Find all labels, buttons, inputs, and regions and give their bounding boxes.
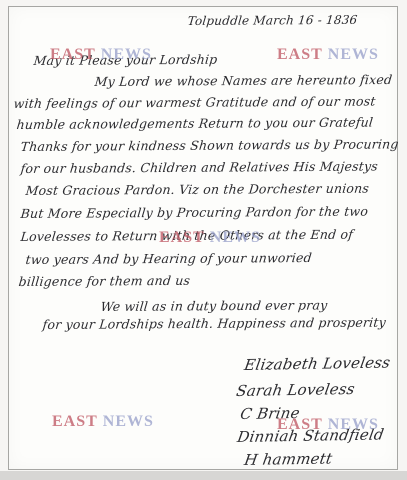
watermark-word-news: NEWS — [103, 413, 154, 430]
letter-paper: Tolpuddle March 16 - 1836 May it Please … — [8, 6, 398, 470]
scan-background: Tolpuddle March 16 - 1836 May it Please … — [0, 0, 407, 480]
letter-body-line: Most Gracious Pardon. Viz on the Dorches… — [25, 181, 370, 198]
letter-salutation: May it Please your Lordship — [33, 52, 218, 68]
signature-h-hammett: H hammett — [243, 449, 334, 469]
watermark-word-news: NEWS — [328, 46, 379, 63]
letter-body-line: Lovelesses to Return with the Others at … — [20, 227, 354, 244]
letter-body-line: billigence for them and us — [18, 273, 191, 289]
signature-sarah-loveless: Sarah Loveless — [235, 380, 356, 400]
signature-dinniah-standfield: Dinniah Standfield — [236, 425, 385, 446]
east-news-watermark: EASTNEWS — [277, 46, 379, 64]
letter-body-line: two years And by Hearing of your unworie… — [25, 250, 313, 267]
letter-body-line: My Lord we whose Names are hereunto fixe… — [94, 72, 393, 89]
signature-c-brine: C Brine — [239, 404, 301, 423]
letter-body-line: with feelings of our warmest Gratitude a… — [13, 93, 376, 111]
letter-body-line: But More Especially by Procuring Pardon … — [20, 204, 369, 221]
letter-closing-line: for your Lordships health. Happiness and… — [42, 315, 387, 332]
scan-edge-shadow — [0, 471, 407, 480]
watermark-word-east: EAST — [52, 413, 98, 430]
letter-body-line: Thanks for your kindness Shown towards u… — [20, 136, 399, 154]
watermark-word-east: EAST — [277, 46, 323, 63]
east-news-watermark: EASTNEWS — [52, 413, 154, 431]
letter-date-line: Tolpuddle March 16 - 1836 — [187, 13, 358, 28]
letter-closing-line: We will as in duty bound ever pray — [100, 297, 328, 314]
letter-body-line: humble acknowledgements Return to you ou… — [16, 115, 374, 132]
signature-elizabeth-loveless: Elizabeth Loveless — [243, 353, 392, 374]
letter-body-line: for our husbands. Children and Relatives… — [20, 159, 379, 176]
